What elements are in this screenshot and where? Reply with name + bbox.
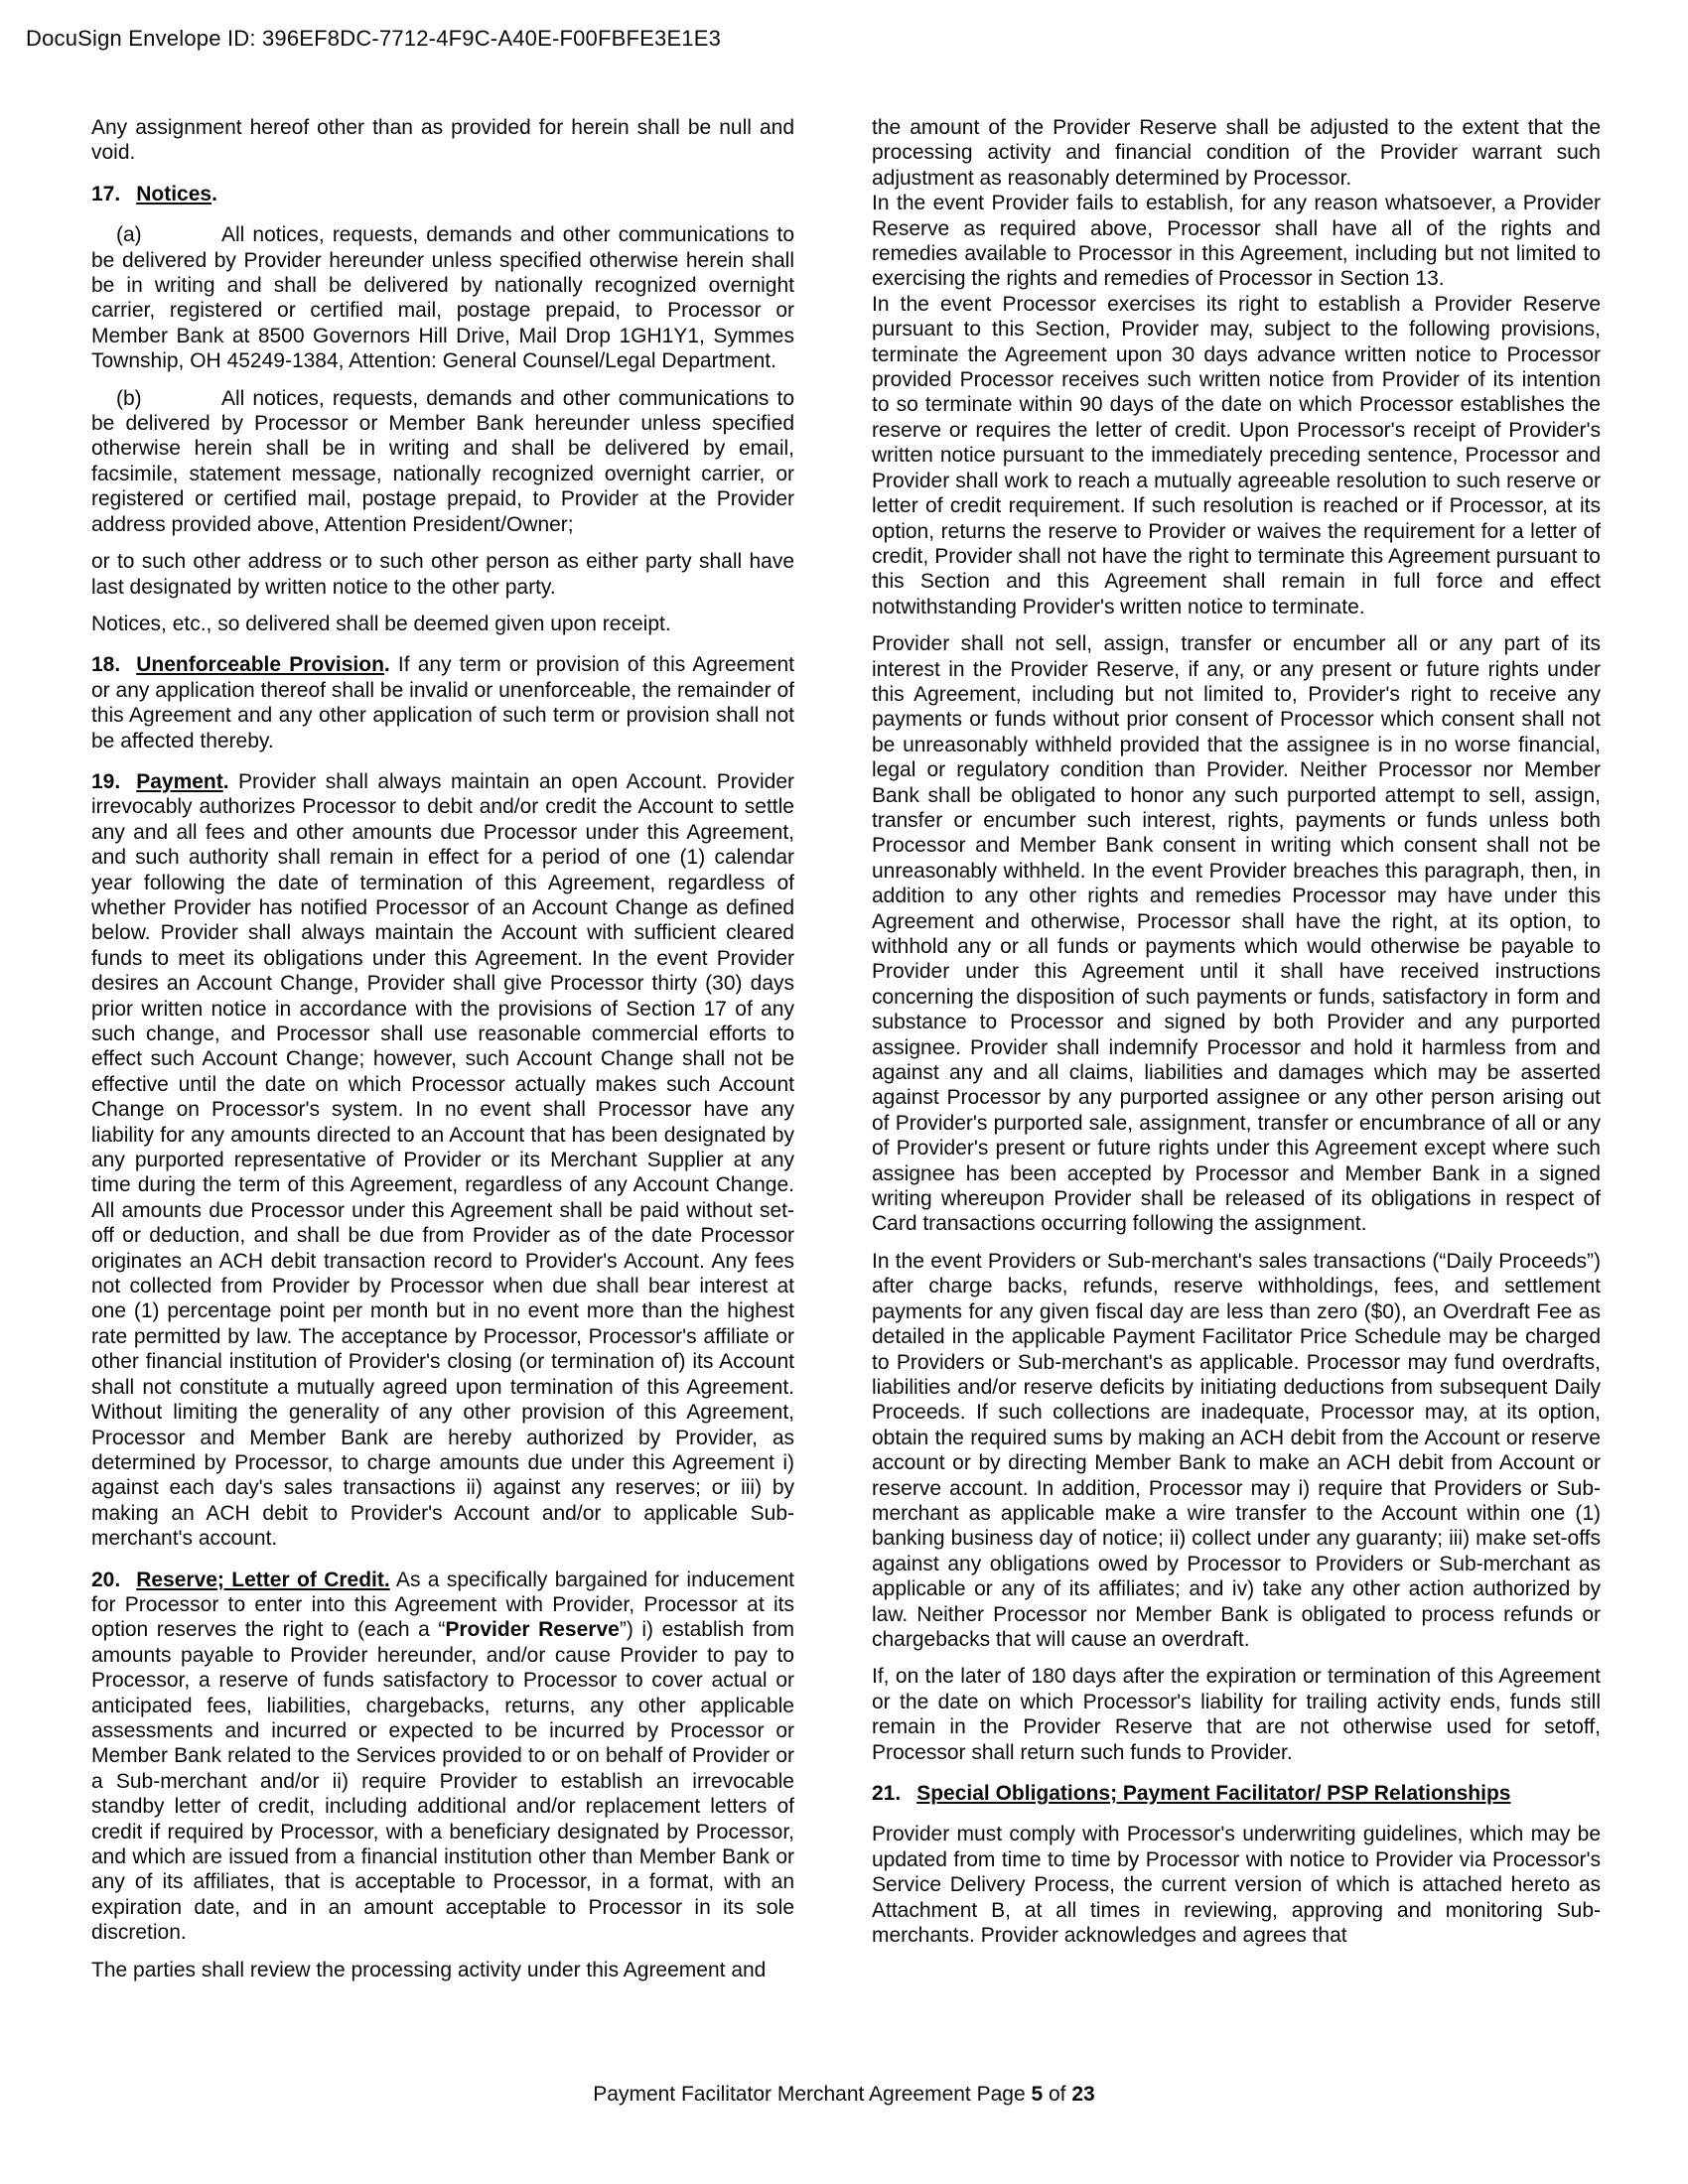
section-title: Payment xyxy=(136,770,223,793)
para-daily-proceeds: In the event Providers or Sub-merchant's… xyxy=(872,1249,1601,1653)
section-title-period: . xyxy=(211,183,217,205)
defined-term: Provider Reserve xyxy=(445,1618,619,1641)
para-provider-fails: In the event Provider fails to establish… xyxy=(872,191,1601,292)
page-footer: Payment Facilitator Merchant Agreement P… xyxy=(0,2083,1688,2107)
para-assignment-null: Any assignment hereof other than as prov… xyxy=(91,115,794,166)
para-180-days: If, on the later of 180 days after the e… xyxy=(872,1664,1601,1765)
para-other-address: or to such other address or to such othe… xyxy=(91,549,794,600)
footer-page-total: 23 xyxy=(1071,2083,1094,2106)
para-notices-receipt: Notices, etc., so delivered shall be dee… xyxy=(91,612,794,636)
footer-page-number: 5 xyxy=(1031,2083,1043,2106)
section-number: 17. xyxy=(91,183,120,205)
column-left: Any assignment hereof other than as prov… xyxy=(91,115,794,1994)
para-parties-review: The parties shall review the processing … xyxy=(91,1958,794,1982)
envelope-id: DocuSign Envelope ID: 396EF8DC-7712-4F9C… xyxy=(26,26,721,52)
heading-21-special-obligations: 21.Special Obligations; Payment Facilita… xyxy=(872,1781,1601,1806)
body-text: Provider shall always maintain an open A… xyxy=(91,770,794,1550)
para-underwriting: Provider must comply with Processor's un… xyxy=(872,1822,1601,1948)
footer-text: Payment Facilitator Merchant Agreement P… xyxy=(593,2083,1031,2106)
column-right: the amount of the Provider Reserve shall… xyxy=(872,115,1601,1994)
footer-text: of xyxy=(1043,2083,1071,2106)
section-title: Unenforceable Provision xyxy=(136,653,384,676)
section-number: 18. xyxy=(91,653,120,676)
section-title: Notices xyxy=(136,183,211,205)
para-18-unenforceable: 18.Unenforceable Provision. If any term … xyxy=(91,652,794,753)
para-20-reserve: 20.Reserve; Letter of Credit. As a speci… xyxy=(91,1568,794,1946)
list-label: (b) xyxy=(116,386,221,411)
document-body: Any assignment hereof other than as prov… xyxy=(91,115,1601,1994)
section-title: Reserve; Letter of Credit. xyxy=(136,1569,390,1591)
para-no-sell-assign: Provider shall not sell, assign, transfe… xyxy=(872,631,1601,1237)
heading-17-notices: 17.Notices. xyxy=(91,182,794,206)
para-17b: (b)All notices, requests, demands and ot… xyxy=(91,386,794,537)
section-number: 20. xyxy=(91,1569,120,1591)
document-page: DocuSign Envelope ID: 396EF8DC-7712-4F9C… xyxy=(0,0,1688,2184)
list-label: (a) xyxy=(116,222,221,247)
section-title: Special Obligations; Payment Facilitator… xyxy=(916,1782,1510,1805)
para-19-payment: 19.Payment. Provider shall always mainta… xyxy=(91,769,794,1552)
section-number: 19. xyxy=(91,770,120,793)
para-17a: (a)All notices, requests, demands and ot… xyxy=(91,222,794,373)
section-number: 21. xyxy=(872,1782,901,1805)
para-reserve-adjustment: the amount of the Provider Reserve shall… xyxy=(872,115,1601,191)
body-text: ”) i) establish from amounts payable to … xyxy=(91,1618,794,1944)
para-processor-exercises: In the event Processor exercises its rig… xyxy=(872,292,1601,619)
